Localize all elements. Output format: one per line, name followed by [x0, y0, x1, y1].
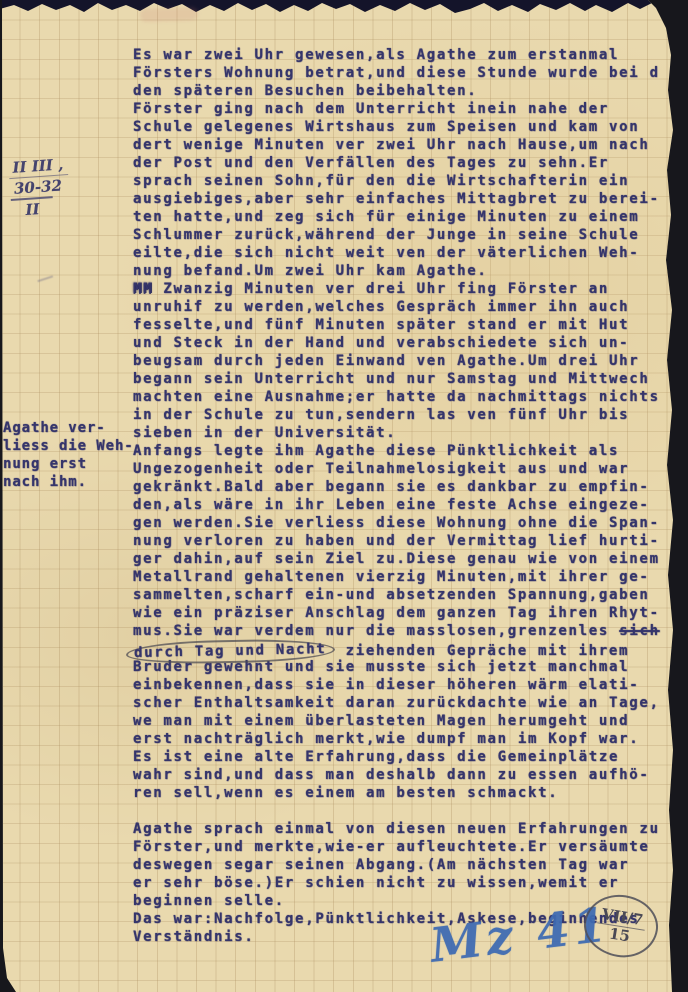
text-line: machten eine Ausnahme;er hatte da nachmi…: [133, 388, 678, 406]
text-line: Förster,und merkte,wie-er aufleuchtete.E…: [133, 838, 678, 856]
text-line: dert wenige Minuten ver zwei Uhr nach Ha…: [133, 136, 678, 154]
text-line: und Steck in der Hand und verabschiedete…: [133, 334, 678, 352]
text-segment: sprach seinen Sohn,für den die Wirtschaf…: [133, 173, 629, 189]
text-line: ten hatte,und zeg sich für einige Minute…: [133, 208, 678, 226]
text-segment: eilte,die sich nicht weit ven der väterl…: [133, 245, 639, 261]
text-segment: sammelten,scharf ein-und absetzenden Spa…: [133, 587, 650, 603]
text-line: Förster ging nach dem Unterricht inein n…: [133, 100, 678, 118]
text-segment: Ungezogenheit oder Teilnahmelosigkeit au…: [133, 461, 629, 477]
text-line: gekränkt.Bald aber begann sie es dankbar…: [133, 478, 678, 496]
text-line: den,als wäre in ihr Leben eine feste Ach…: [133, 496, 678, 514]
text-line: den späteren Besuchen beibehalten.: [133, 82, 678, 100]
text-line: mus.Sie war verdem nur die masslosen,gre…: [133, 622, 678, 640]
text-segment: beugsam durch jeden Einwand ven Agathe.U…: [133, 353, 639, 369]
text-segment: nung befand.Um zwei Uhr kam Agathe.: [133, 263, 488, 279]
text-segment: Agathe sprach einmal von diesen neuen Er…: [133, 821, 660, 837]
text-segment: er sehr böse.)Er schien nicht zu wissen,…: [133, 875, 619, 891]
text-line: Ungezogenheit oder Teilnahmelosigkeit au…: [133, 460, 678, 478]
text-segment: Verständnis.: [133, 929, 255, 945]
text-segment: mus.Sie war verdem nur die masslosen,gre…: [133, 623, 619, 639]
folio-annotation: II III ,30-32II: [8, 154, 71, 221]
text-segment: wahr sind,und dass man deshalb dann zu e…: [133, 767, 650, 783]
text-line: scher Enthaltsamkeit daran zurückdachte …: [133, 694, 678, 712]
text-segment: ten hatte,und zeg sich für einige Minute…: [133, 209, 639, 225]
manuscript-page: II III ,30-32II Agathe ver-liess die Weh…: [0, 0, 688, 992]
text-segment: Schlummer zurück,während der Junge in se…: [133, 227, 639, 243]
text-segment: sieben in der Universität.: [133, 425, 396, 441]
text-segment: in der Schule zu tun,sendern las ven fün…: [133, 407, 629, 423]
text-line: MM Zwanzig Minuten ver drei Uhr fing För…: [133, 280, 678, 298]
margin-note: Agathe ver-liess die Weh-nung erstnach i…: [3, 419, 135, 491]
text-line: unruhif zu werden,welches Gespräch immer…: [133, 298, 678, 316]
text-line: der Post und den Verfällen des Tages zu …: [133, 154, 678, 172]
margin-note-line: Agathe ver-: [3, 419, 135, 437]
text-line: sprach seinen Sohn,für den die Wirtschaf…: [133, 172, 678, 190]
text-segment: Förster,und merkte,wie-er aufleuchtete.E…: [133, 839, 650, 855]
text-segment: und Steck in der Hand und verabschiedete…: [133, 335, 629, 351]
text-segment: gen werden.Sie verliess diese Wohnung oh…: [133, 515, 660, 531]
text-line: deswegen segar seinen Abgang.(Am nächste…: [133, 856, 678, 874]
text-line: wahr sind,und dass man deshalb dann zu e…: [133, 766, 678, 784]
text-line: begann sein Unterricht und nur Samstag u…: [133, 370, 678, 388]
text-segment: den späteren Besuchen beibehalten.: [133, 83, 477, 99]
text-line: Es ist eine alte Erfahrung,dass die Geme…: [133, 748, 678, 766]
text-line: Es war zwei Uhr gewesen,als Agathe zum e…: [133, 46, 678, 64]
text-segment: scher Enthaltsamkeit daran zurückdachte …: [133, 695, 660, 711]
text-line: fesselte,und fünf Minuten später stand e…: [133, 316, 678, 334]
margin-note-line: nung erst: [3, 455, 135, 473]
folio-annotation-line: II: [11, 196, 54, 221]
text-segment: nung verloren zu haben und der Vermittag…: [133, 533, 660, 549]
text-line: Schule gelegenes Wirtshaus zum Speisen u…: [133, 118, 678, 136]
text-line: Försters Wohnung betrat,und diese Stunde…: [133, 64, 678, 82]
text-line: we man mit einem überlasteten Magen heru…: [133, 712, 678, 730]
text-line: in der Schule zu tun,sendern las ven fün…: [133, 406, 678, 424]
text-segment: der Post und den Verfällen des Tages zu …: [133, 155, 609, 171]
text-segment: nung erst: [3, 456, 87, 472]
typescript-body: Es war zwei Uhr gewesen,als Agathe zum e…: [133, 46, 678, 946]
text-line: ren sell,wenn es einem am besten schmack…: [133, 784, 678, 802]
text-segment: wie ein präziser Anschlag dem ganzen Tag…: [133, 605, 660, 621]
text-segment: Agathe ver-: [3, 420, 106, 436]
text-line: beugsam durch jeden Einwand ven Agathe.U…: [133, 352, 678, 370]
text-line: Metallrand gehaltenen vierzig Minuten,mi…: [133, 568, 678, 586]
text-line: Schlummer zurück,während der Junge in se…: [133, 226, 678, 244]
text-segment: Förster ging nach dem Unterricht inein n…: [133, 101, 609, 117]
text-segment: Anfangs legte ihm Agathe diese Pünktlich…: [133, 443, 619, 459]
text-segment: dert wenige Minuten ver zwei Uhr nach Ha…: [133, 137, 650, 153]
text-segment: begann sein Unterricht und nur Samstag u…: [133, 371, 650, 387]
pencil-scratch-mark: [35, 268, 53, 282]
text-segment: Es ist eine alte Erfahrung,dass die Geme…: [133, 749, 619, 765]
text-line: nung verloren zu haben und der Vermittag…: [133, 532, 678, 550]
stamp-number: 15: [608, 925, 631, 945]
text-line: ger dahin,auf sein Ziel zu.Diese genau w…: [133, 550, 678, 568]
text-line: [133, 802, 678, 820]
text-line: nung befand.Um zwei Uhr kam Agathe.: [133, 262, 678, 280]
text-line: eilte,die sich nicht weit ven der väterl…: [133, 244, 678, 262]
text-segment: ren sell,wenn es einem am besten schmack…: [133, 785, 558, 801]
text-segment: Försters Wohnung betrat,und diese Stunde…: [133, 65, 660, 81]
text-line: er sehr böse.)Er schien nicht zu wissen,…: [133, 874, 678, 892]
text-segment: fesselte,und fünf Minuten später stand e…: [133, 317, 629, 333]
text-line: Anfangs legte ihm Agathe diese Pünktlich…: [133, 442, 678, 460]
blot-segment: MM: [133, 281, 153, 297]
text-segment: Zwanzig Minuten ver drei Uhr fing Förste…: [153, 281, 609, 297]
text-line: durch Tag und Nacht ziehenden Gepräche m…: [133, 640, 678, 658]
text-segment: ausgiebiges,aber sehr einfaches Mittagbr…: [133, 191, 660, 207]
text-segment: ger dahin,auf sein Ziel zu.Diese genau w…: [133, 551, 660, 567]
text-line: erst nachträglich merkt,wie dumpf man im…: [133, 730, 678, 748]
text-line: sieben in der Universität.: [133, 424, 678, 442]
text-segment: beginnen selle.: [133, 893, 285, 909]
text-segment: gekränkt.Bald aber begann sie es dankbar…: [133, 479, 650, 495]
text-segment: nach ihm.: [3, 474, 87, 490]
text-segment: erst nachträglich merkt,wie dumpf man im…: [133, 731, 639, 747]
text-segment: liess die Weh-: [3, 438, 134, 454]
text-line: gen werden.Sie verliess diese Wohnung oh…: [133, 514, 678, 532]
margin-note-line: liess die Weh-: [3, 437, 135, 455]
text-line: ausgiebiges,aber sehr einfaches Mittagbr…: [133, 190, 678, 208]
previous-page-text-fragment: [0, 0, 654, 13]
text-segment: machten eine Ausnahme;er hatte da nachmi…: [133, 389, 660, 405]
text-segment: deswegen segar seinen Abgang.(Am nächste…: [133, 857, 629, 873]
text-segment: Schule gelegenes Wirtshaus zum Speisen u…: [133, 119, 639, 135]
text-line: Agathe sprach einmal von diesen neuen Er…: [133, 820, 678, 838]
text-segment: Metallrand gehaltenen vierzig Minuten,mi…: [133, 569, 650, 585]
text-line: wie ein präziser Anschlag dem ganzen Tag…: [133, 604, 678, 622]
text-line: sammelten,scharf ein-und absetzenden Spa…: [133, 586, 678, 604]
text-segment: ziehenden Gepräche mit ihrem: [335, 643, 629, 659]
text-segment: einbekennen,dass sie in dieser höheren w…: [133, 677, 639, 693]
text-line: einbekennen,dass sie in dieser höheren w…: [133, 676, 678, 694]
folio-annotation-line: 30-32: [9, 175, 69, 199]
text-segment: unruhif zu werden,welches Gespräch immer…: [133, 299, 629, 315]
faded-stamp-smudge: [140, 7, 198, 22]
text-segment: we man mit einem überlasteten Magen heru…: [133, 713, 629, 729]
margin-note-line: nach ihm.: [3, 473, 135, 491]
text-segment: Es war zwei Uhr gewesen,als Agathe zum e…: [133, 47, 619, 63]
text-segment: den,als wäre in ihr Leben eine feste Ach…: [133, 497, 650, 513]
strike-segment: sich: [619, 623, 660, 639]
